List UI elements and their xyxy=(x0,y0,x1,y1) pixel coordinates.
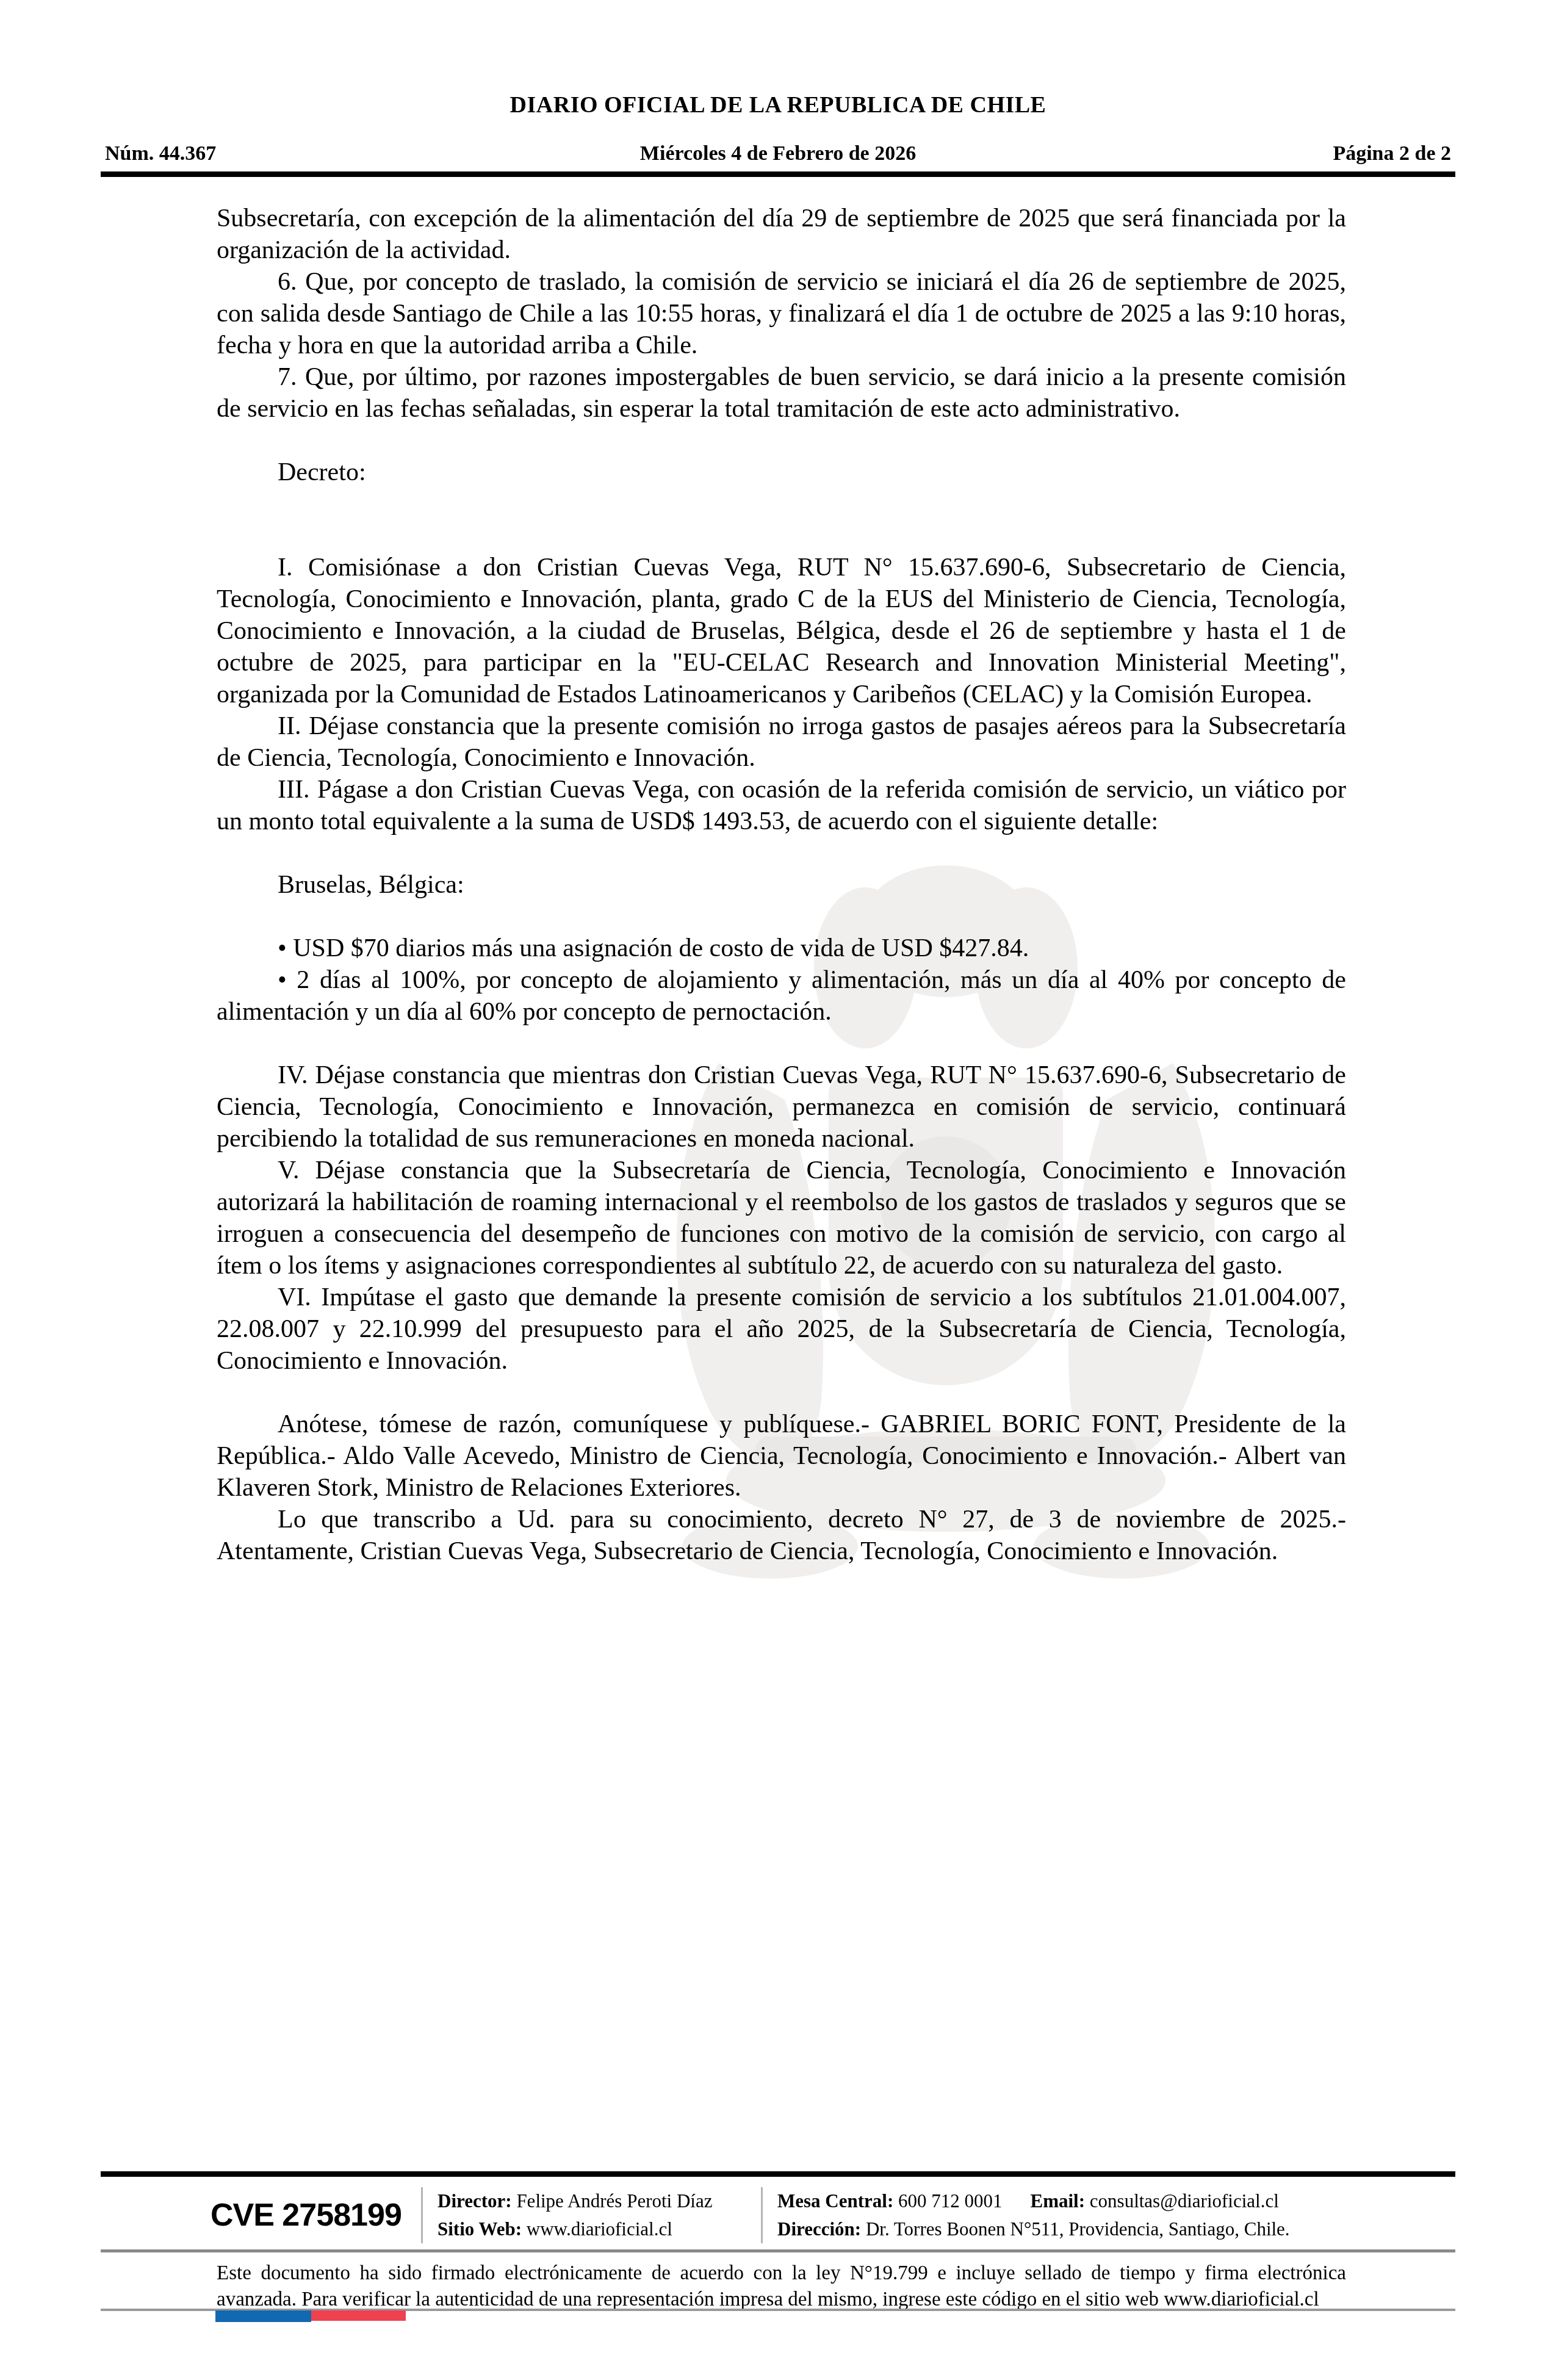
document-page: DIARIO OFICIAL DE LA REPUBLICA DE CHILE … xyxy=(0,0,1556,2380)
issue-number: Núm. 44.367 xyxy=(105,142,216,165)
header-meta-row: Miércoles 4 de Febrero de 2026 Núm. 44.3… xyxy=(105,142,1451,165)
bullet-dias-porcentaje: • 2 días al 100%, por concepto de alojam… xyxy=(217,964,1346,1028)
paragraph-bruselas: Bruselas, Bélgica: xyxy=(217,869,1346,901)
paragraph-decreto: Decreto: xyxy=(217,456,1346,488)
mesa-central-label: Mesa Central: xyxy=(777,2190,893,2212)
bullet-viatico-diario: • USD $70 diarios más una asignación de … xyxy=(217,932,1346,964)
paragraph-iv: IV. Déjase constancia que mientras don C… xyxy=(217,1059,1346,1155)
direccion-label: Dirección: xyxy=(777,2218,861,2240)
director-value: Felipe Andrés Peroti Díaz xyxy=(516,2190,712,2212)
header-date: Miércoles 4 de Febrero de 2026 xyxy=(105,142,1451,165)
director-label: Director: xyxy=(438,2190,512,2212)
flag-red-block xyxy=(311,2310,406,2321)
footer-director-column: Director: Felipe Andrés Peroti Díaz Siti… xyxy=(423,2186,761,2245)
paragraph-vi: VI. Impútase el gasto que demande la pre… xyxy=(217,1282,1346,1377)
header-rule xyxy=(101,171,1455,177)
paragraph-continuation: Subsecretaría, con excepción de la alime… xyxy=(217,203,1346,266)
footer-rule xyxy=(101,2171,1455,2177)
flag-blue-block xyxy=(215,2310,311,2322)
footer-gray-rule-top xyxy=(101,2249,1455,2252)
director-line: Director: Felipe Andrés Peroti Díaz xyxy=(438,2190,761,2212)
sitio-web-value: www.diarioficial.cl xyxy=(527,2218,672,2240)
footer-info-row: CVE 2758199 Director: Felipe Andrés Pero… xyxy=(211,2186,1452,2245)
mesa-central-line: Mesa Central: 600 712 0001Email: consult… xyxy=(777,2190,1452,2212)
direccion-line: Dirección: Dr. Torres Boonen N°511, Prov… xyxy=(777,2218,1452,2240)
paragraph-ii: II. Déjase constancia que la presente co… xyxy=(217,710,1346,774)
gobierno-flag-logo xyxy=(215,2310,406,2322)
mesa-central-value: 600 712 0001 xyxy=(898,2190,1003,2212)
legal-notice: Este documento ha sido firmado electróni… xyxy=(217,2260,1346,2313)
paragraph-iii: III. Págase a don Cristian Cuevas Vega, … xyxy=(217,774,1346,837)
paragraph-transcripcion: Lo que transcribo a Ud. para su conocimi… xyxy=(217,1504,1346,1567)
footer-contact-column: Mesa Central: 600 712 0001Email: consult… xyxy=(763,2186,1452,2245)
email-value: consultas@diarioficial.cl xyxy=(1090,2190,1279,2212)
paragraph-i: I. Comisiónase a don Cristian Cuevas Veg… xyxy=(217,552,1346,710)
direccion-value: Dr. Torres Boonen N°511, Providencia, Sa… xyxy=(866,2218,1290,2240)
email-label: Email: xyxy=(1031,2190,1086,2212)
paragraph-7: 7. Que, por último, por razones imposter… xyxy=(217,361,1346,425)
sitio-web-line: Sitio Web: www.diarioficial.cl xyxy=(438,2218,761,2240)
sitio-web-label: Sitio Web: xyxy=(438,2218,522,2240)
paragraph-anotese: Anótese, tómese de razón, comuníquese y … xyxy=(217,1408,1346,1504)
paragraph-v: V. Déjase constancia que la Subsecretarí… xyxy=(217,1155,1346,1282)
paragraph-6: 6. Que, por concepto de traslado, la com… xyxy=(217,266,1346,361)
masthead-title: DIARIO OFICIAL DE LA REPUBLICA DE CHILE xyxy=(0,92,1556,118)
page-indicator: Página 2 de 2 xyxy=(1333,142,1451,165)
document-body: Subsecretaría, con excepción de la alime… xyxy=(217,203,1346,1567)
cve-code: CVE 2758199 xyxy=(211,2186,421,2245)
